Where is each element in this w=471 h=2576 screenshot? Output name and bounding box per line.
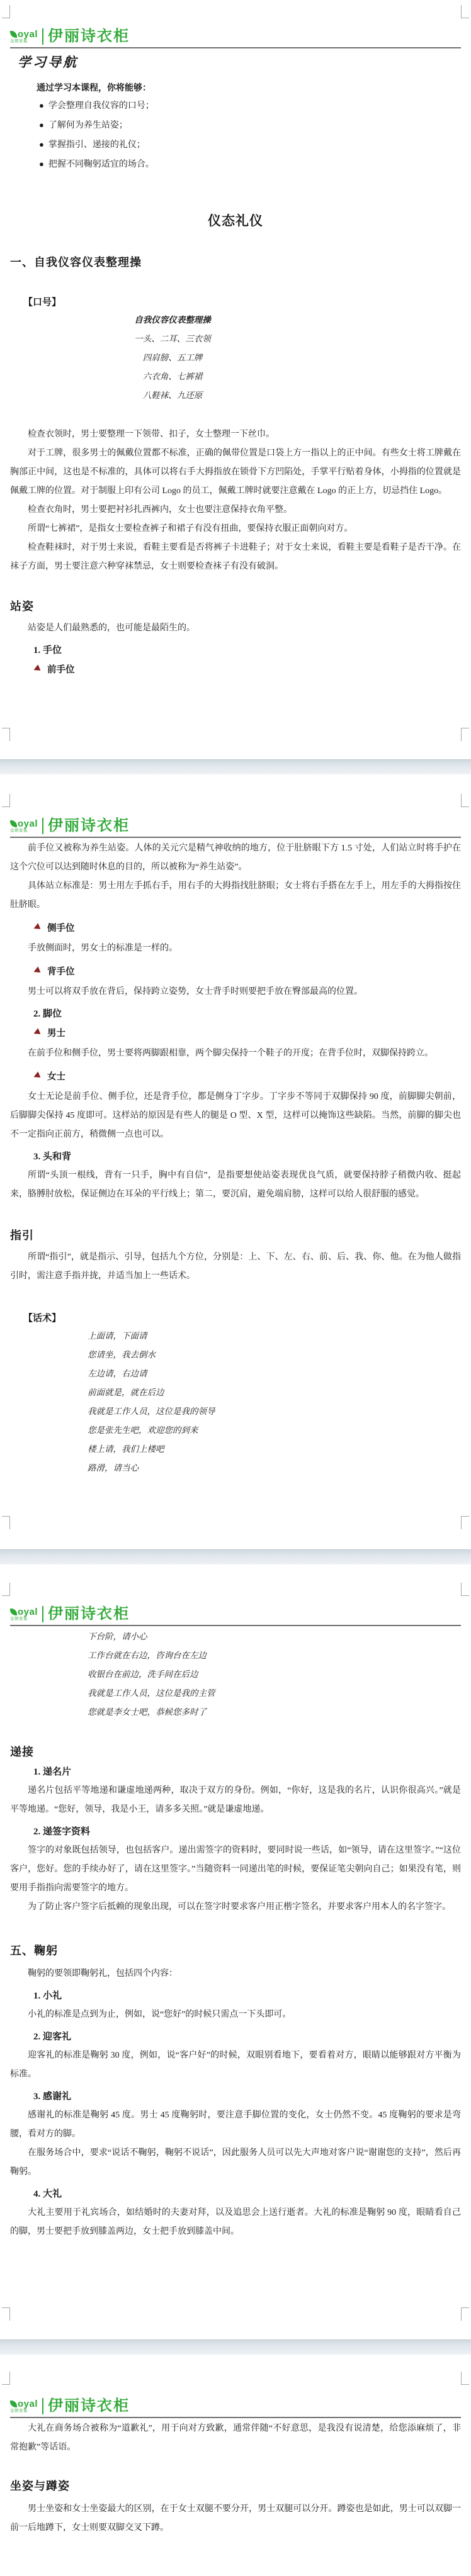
paragraph-sitting-squatting: 男士坐姿和女士坐姿最大的区别，在于女士双腿不要分开，男士双腿可以分开。蹲姿也是如… [10,2500,461,2538]
document-page-3: oyal 皇朝家俬 伊丽诗衣柜 下台阶，请小心 工作台就在右边，咨询台在左边 收… [0,1564,471,2339]
paragraph-thanks-bow-2: 在服务场合中，要求“说话不鞠躬，鞠躬不说话”，因此服务人员可以先大声地对客户说“… [10,2144,461,2182]
paragraph-small-bow: 小礼的标准是点到为止，例如，说“您好”的时候只需点一下头即可。 [10,2005,461,2024]
script-line: 楼上请，我们上楼吧 [88,1440,461,1459]
leaf-icon [10,820,17,827]
subheading-signing-papers: 2. 递签字资料 [33,1824,461,1837]
royal-text: oyal [18,2399,38,2409]
heading-guidance: 指引 [10,1227,461,1243]
royal-text: oyal [18,819,38,828]
script-line: 工作台就在右边，咨询台在左边 [88,1646,461,1665]
paragraph-front-hand-1: 前手位又被称为养生站姿。人体的关元穴是精气神收纳的地方，位于肚脐眼下方 1.5 … [10,839,461,877]
crop-mark [461,5,469,18]
arrow-bullet-icon [34,664,43,673]
slogan-verse-line: 一头、二耳、三衣领 [10,330,335,348]
bullet-label: 女士 [47,1069,65,1083]
script-line: 路滑，请当心 [88,1459,461,1478]
subheading-thanks-bow: 3. 感谢礼 [33,2089,461,2102]
crop-mark [2,728,10,741]
objective-text: 了解何为养生站姿； [48,121,128,130]
royal-subtext: 皇朝家俬 [10,829,38,834]
bullet-label: 侧手位 [47,921,75,934]
paragraph-standing-intro: 站姿是人们最熟悉的，也可能是最陌生的。 [10,619,461,638]
paragraph-front-hand-2: 具体站立标准是：男士用左手抓右手，用右手的大拇指找肚脐眼；女士将右手搭在左手上，… [10,877,461,915]
paragraph-business-card: 递名片包括平等地递和谦虚地递两种，取决于双方的身份。例如，“你好，这是我的名片，… [10,1781,461,1819]
crop-mark [2,5,10,18]
objective-item: ●学会整理自我仪容的口号； [39,96,461,116]
script-verse: 上面请，下面请 您请坐，我去倒水 左边请，右边请 前面就是，就在后边 我就是工作… [88,1327,461,1478]
paragraph-head-back: 所谓“头顶一根线，背有一只手，胸中有自信”，是指要想使站姿表现优良气质，就要保持… [10,1166,461,1204]
paragraph-shoes: 检查鞋袜时，对于男士来说，看鞋主要看是否将裤子卡进鞋子；对于女士来说，看鞋主要是… [10,538,461,576]
page-header: oyal 皇朝家俬 伊丽诗衣柜 [10,1606,461,1626]
heading-sitting-squatting: 坐姿与蹲姿 [10,2477,461,2494]
heading-passing: 递接 [10,1743,461,1759]
bullet-dot-icon: ● [39,159,44,169]
crop-mark [2,794,10,807]
objective-text: 把握不同鞠躬适宜的场合。 [48,160,154,169]
section-heading-grooming: 一、自我仪容仪表整理操 [10,254,461,270]
logo-divider [42,2398,43,2414]
arrow-bullet-icon [34,1028,43,1037]
crop-mark [461,728,469,741]
crop-mark [461,2307,469,2321]
paragraph-hem: 检查衣角时，男士要把衬衫扎西裤内，女士也要注意保持衣角平整。 [10,501,461,520]
bullet-side-hand: 侧手位 [35,921,461,934]
royal-logo: oyal 皇朝家俬 [10,2399,38,2414]
arrow-bullet-icon [34,923,43,932]
page-separator [0,759,471,774]
paragraph-signing-2: 为了防止客户签字后抵赖的现象出现，可以在签字时要求客户用正楷字签名，并要求客户用… [10,1898,461,1917]
heading-standing: 站姿 [10,598,461,614]
script-line: 我就是工作人员，这位是我的主管 [88,1684,461,1703]
paragraph-thanks-bow-1: 感谢礼的标准是鞠躬 45 度。男士 45 度鞠躬时，要注意手脚位置的变化，女士仍… [10,2106,461,2144]
brand-name: 伊丽诗衣柜 [48,818,130,834]
logo-divider [42,1606,43,1622]
bullet-label: 背手位 [47,964,75,978]
script-line: 前面就是，就在后边 [88,1383,461,1402]
objective-text: 掌握指引、递接的礼仪； [48,140,145,150]
bullet-front-hand: 前手位 [35,662,461,676]
document-title: 仪态礼仪 [10,211,461,230]
document-page-2: oyal 皇朝家俬 伊丽诗衣柜 前手位又被称为养生站姿。人体的关元穴是精气神收纳… [0,774,471,1549]
paragraph-skirt: 所谓“七裤裙”，是指女士要检查裤子和裙子有没有扭曲，要保持衣服正面朝向对方。 [10,520,461,538]
script-line: 下台阶，请小心 [88,1627,461,1646]
arrow-bullet-icon [34,1071,43,1080]
subheading-welcome-bow: 2. 迎客礼 [33,2029,461,2043]
objective-text: 学会整理自我仪容的口号； [48,101,154,111]
subheading-head-back: 3. 头和背 [33,1149,461,1163]
paragraph-badge: 对于工牌，很多男士的佩戴位置都不标准，正确的佩带位置是口袋上方一指以上的正中间。… [10,444,461,501]
subheading-big-bow: 4. 大礼 [33,2187,461,2200]
document-page-1: oyal 皇朝家俬 伊丽诗衣柜 学习导航 通过学习本课程，你将能够： ●学会整理… [0,0,471,759]
objective-item: ●掌握指引、递接的礼仪； [39,135,461,155]
paragraph-apology-bow: 大礼在商务场合被称为“道歉礼”，用于向对方致歉，通常伴随“不好意思，是我没有说清… [10,2419,461,2457]
bullet-female: 女士 [35,1069,461,1083]
script-verse-continued: 下台阶，请小心 工作台就在右边，咨询台在左边 收银台在前边，洗手间在后边 我就是… [88,1627,461,1722]
royal-logo: oyal 皇朝家俬 [10,819,38,834]
paragraph-guidance: 所谓“指引”，就是指示、引导，包括九个方位，分别是：上、下、左、右、前、后、我、… [10,1248,461,1286]
royal-text: oyal [18,1607,38,1617]
paragraph-side-hand: 手放侧面时，男女士的标准是一样的。 [10,939,461,958]
page-separator [0,2339,471,2355]
crop-mark [2,2307,10,2321]
logo-divider [42,818,43,834]
paragraph-collar: 检查衣领时，男士要整理一下领带、扣子，女士整理一下丝巾。 [10,425,461,444]
section-heading-bow: 五、鞠躬 [10,1942,461,1958]
page-header: oyal 皇朝家俬 伊丽诗衣柜 [10,28,461,48]
royal-text: oyal [18,30,38,39]
script-line: 我就是工作人员，这位是我的领导 [88,1402,461,1421]
bullet-dot-icon: ● [39,140,44,149]
bullet-dot-icon: ● [39,101,44,110]
bullet-dot-icon: ● [39,120,44,130]
leaf-icon [10,31,17,38]
script-line: 上面请，下面请 [88,1327,461,1346]
paragraph-big-bow: 大礼主要用于礼宾场合，如结婚时的夫妻对拜，以及追思会上送行逝者。大礼的标准是鞠躬… [10,2204,461,2241]
brand-name: 伊丽诗衣柜 [48,29,130,44]
bullet-label: 前手位 [47,662,75,676]
crop-mark [461,2372,469,2385]
crop-mark [461,1583,469,1596]
slogan-verse-line: 八鞋袜、九还原 [10,386,335,405]
slogan-label: 【口号】 [23,295,461,308]
bullet-male: 男士 [35,1026,461,1039]
subheading-hand-position: 1. 手位 [33,643,461,656]
crop-mark [461,1516,469,1529]
royal-subtext: 皇朝家俬 [10,1617,38,1622]
brand-logo: oyal 皇朝家俬 伊丽诗衣柜 [10,1606,461,1622]
royal-logo: oyal 皇朝家俬 [10,30,38,44]
slogan-verse-line: 六衣角、七裤裙 [10,367,335,386]
subheading-foot-position: 2. 脚位 [33,1006,461,1020]
page-separator [0,1549,471,1564]
logo-divider [42,28,43,45]
subheading-business-card: 1. 递名片 [33,1765,461,1778]
crop-mark [2,1583,10,1596]
script-line: 您是张先生吧，欢迎您的到来 [88,1421,461,1440]
subheading-small-bow: 1. 小礼 [33,1988,461,2002]
paragraph-welcome-bow: 迎客礼的标准是鞠躬 30 度，例如，说“客户好”的时候，双眼别看地下，要看着对方… [10,2046,461,2084]
paragraph-female-feet: 女士无论是前手位、侧手位，还是背手位，都是侧身丁字步。丁字步不等同于双脚保持 9… [10,1088,461,1144]
brand-logo: oyal 皇朝家俬 伊丽诗衣柜 [10,2398,461,2414]
slogan-verse: 自我仪容仪表整理操 一头、二耳、三衣领 四肩膀、五工牌 六衣角、七裤裙 八鞋袜、… [10,311,335,405]
paragraph-signing-1: 签字的对象既包括领导，也包括客户。递出需签字的资料时，要同时说一些话，如“领导，… [10,1841,461,1898]
royal-subtext: 皇朝家俬 [10,2409,38,2414]
script-line: 您请坐，我去倒水 [88,1346,461,1364]
objective-item: ●把握不同鞠躬适宜的场合。 [39,155,461,174]
paragraph-male-feet: 在前手位和侧手位，男士要将两脚跟相靠，两个脚尖保持一个鞋子的开度；在背手位时，双… [10,1044,461,1063]
paragraph-bow-intro: 鞠躬的要领即鞠躬礼，包括四个内容： [10,1965,461,1983]
leaf-icon [10,2400,17,2407]
royal-logo: oyal 皇朝家俬 [10,1607,38,1622]
slogan-verse-line: 四肩膀、五工牌 [10,348,335,367]
crop-mark [461,794,469,807]
course-intro: 通过学习本课程，你将能够： [37,81,461,94]
crop-mark [2,1516,10,1529]
script-line: 左边请，右边请 [88,1364,461,1383]
page-header: oyal 皇朝家俬 伊丽诗衣柜 [10,818,461,838]
leaf-icon [10,1609,17,1615]
learning-nav-title: 学习导航 [18,52,461,71]
script-line: 您就是李女士吧，恭候您多时了 [88,1703,461,1722]
brand-logo: oyal 皇朝家俬 伊丽诗衣柜 [10,818,461,834]
bullet-back-hand: 背手位 [35,964,461,978]
brand-logo: oyal 皇朝家俬 伊丽诗衣柜 [10,28,461,45]
brand-name: 伊丽诗衣柜 [48,1607,130,1622]
royal-subtext: 皇朝家俬 [10,40,38,44]
bullet-label: 男士 [47,1026,65,1039]
crop-mark [2,2372,10,2385]
paragraph-back-hand: 男士可以将双手放在背后，保持跨立姿势，女士背手时则要把手放在臀部最高的位置。 [10,983,461,1001]
slogan-verse-title: 自我仪容仪表整理操 [10,311,335,330]
script-line: 收银台在前边，洗手间在后边 [88,1665,461,1684]
objective-item: ●了解何为养生站姿； [39,116,461,135]
arrow-bullet-icon [34,966,43,975]
script-label: 【话术】 [23,1311,461,1324]
brand-name: 伊丽诗衣柜 [48,2399,130,2414]
document-page-4: oyal 皇朝家俬 伊丽诗衣柜 大礼在商务场合被称为“道歉礼”，用于向对方致歉，… [0,2355,471,2576]
page-header: oyal 皇朝家俬 伊丽诗衣柜 [10,2398,461,2418]
